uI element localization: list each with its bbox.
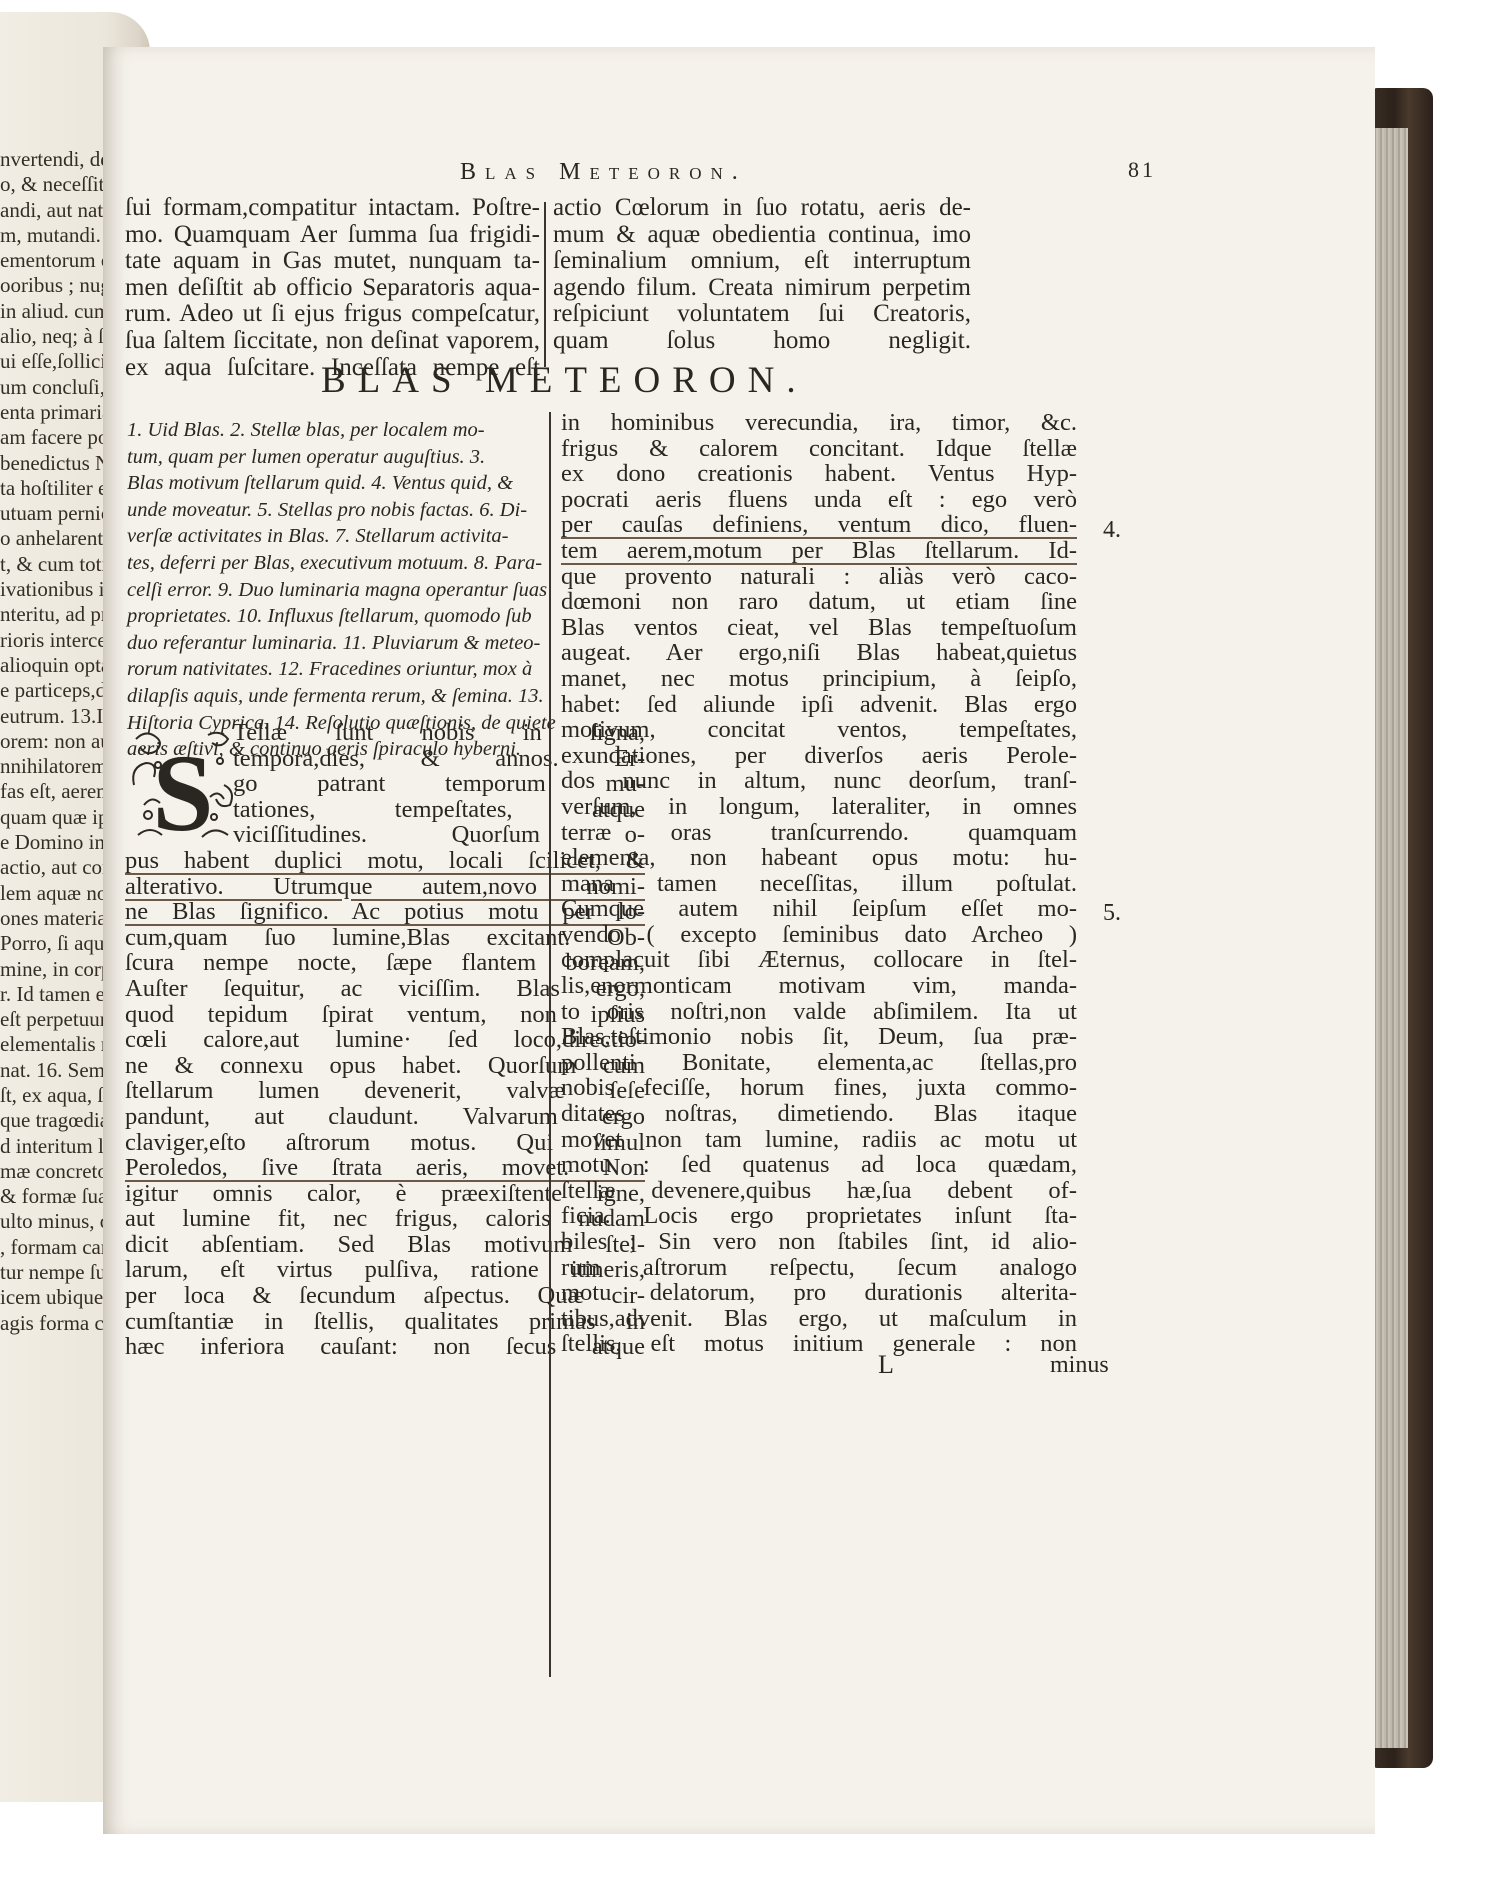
text-line: ex dono creationis habent. Ventus Hyp- <box>561 461 1077 487</box>
text-line: augeat. Aer ergo,niſi Blas habeat,quietu… <box>561 640 1077 666</box>
text-line: tem aerem,motum per Blas ſtellarum. Id- <box>561 538 1077 564</box>
text-line: tate aquam in Gas mutet, nunquam ta- <box>125 248 540 275</box>
text-line: motivum, concitat ventos, tempeſtates, <box>561 717 1077 743</box>
text-line: agendo filum. Creata nimirum perpetim <box>553 275 971 302</box>
text-line: movet non tam lumine, radiis ac motu ut <box>561 1127 1077 1153</box>
page-edges <box>1372 128 1408 1748</box>
text-line: ſeminalium omnium, eſt interruptum <box>553 248 971 275</box>
text-line: to oris noſtri,non valde abſimilem. Ita … <box>561 999 1077 1025</box>
text-line: terræ oras tranſcurrendo. quamquam <box>561 820 1077 846</box>
text-line: biles ; Sin vero non ſtabiles ſint, id a… <box>561 1229 1077 1255</box>
text-line: nobis feciſſe, horum fines, juxta commo- <box>561 1075 1077 1101</box>
text-line: habet: ſed aliunde ipſi advenit. Blas er… <box>561 692 1077 718</box>
text-line: complacuit ſibi Æternus, collocare in ſt… <box>561 947 1077 973</box>
text-line: lis,enormonticam motivam vim, manda- <box>561 973 1077 999</box>
text-line: ſua ſaltem ſiccitate, non deſinat vapore… <box>125 328 540 355</box>
text-line: men deſiſtit ab officio Separatoris aqua… <box>125 275 540 302</box>
text-line: ſui formam,compatitur intactam. Poſtre- <box>125 195 540 222</box>
text-line: manet, nec motus principium, à ſeipſo, <box>561 666 1077 692</box>
text-line: verſum, in longum, lateraliter, in omnes <box>561 794 1077 820</box>
text-line: in hominibus verecundia, ira, timor, &c. <box>561 410 1077 436</box>
text-line: motu delatorum, pro durationis alterita- <box>561 1280 1077 1306</box>
text-line: Cumque autem nihil ſeipſum eſſet mo- <box>561 896 1077 922</box>
text-line: quam ſolus homo negligit. <box>553 328 971 355</box>
catchword: minus <box>1050 1352 1109 1379</box>
text-line: exundationes, per diverſos aeris Perole- <box>561 743 1077 769</box>
column-rule-main <box>549 412 551 1677</box>
text-line: pocrati aeris fluens unda eſt : ego verò <box>561 487 1077 513</box>
running-head-title: Blas Meteoron. <box>460 159 747 186</box>
text-line: dos nunc in altum, nunc deorſum, tranſ- <box>561 768 1077 794</box>
text-line: ficia. Locis ergo proprietates inſunt ſt… <box>561 1203 1077 1229</box>
text-line: ditates noſtras, dimetiendo. Blas itaque <box>561 1101 1077 1127</box>
text-line: mana tamen neceſſitas, illum poſtulat. <box>561 871 1077 897</box>
top-right-column: actio Cœlorum in ſuo rotatu, aeris de-mu… <box>553 195 971 355</box>
text-line: Blas ventos cieat, vel Blas tempeſtuoſum <box>561 615 1077 641</box>
text-line: ſtellæ devenere,quibus hæ,ſua debent of- <box>561 1178 1077 1204</box>
text-line: reſpiciunt voluntatem ſui Creatoris, <box>553 301 971 328</box>
text-line: tibus,advenit. Blas ergo, ut maſculum in <box>561 1306 1077 1332</box>
text-line: mo. Quamquam Aer ſumma ſua frigidi- <box>125 222 540 249</box>
margin-note-4: 4. <box>1103 517 1121 544</box>
text-line: elementa, non habeant opus motu: hu- <box>561 845 1077 871</box>
text-line: Blas,teſtimonio nobis ſit, Deum, ſua præ… <box>561 1024 1077 1050</box>
text-line: dœmoni non raro datum, ut etiam ſine <box>561 589 1077 615</box>
text-line: frigus & calorem concitant. Idque ſtellæ <box>561 436 1077 462</box>
page-number: 81 <box>1128 157 1156 183</box>
text-line: pollenti Bonitate, elementa,ac ſtellas,p… <box>561 1050 1077 1076</box>
signature-mark: L <box>878 1350 894 1380</box>
text-line: mum & aquæ obedientia continua, imo <box>553 222 971 249</box>
text-line: que provento naturali : aliàs verò caco- <box>561 564 1077 590</box>
top-left-column: ſui formam,compatitur intactam. Poſtre-m… <box>125 195 540 381</box>
text-line: rum aſtrorum reſpectu, ſecum analogo <box>561 1255 1077 1281</box>
section-title: BLAS METEORON. <box>321 359 808 402</box>
body-right-column: in hominibus verecundia, ira, timor, &c.… <box>561 410 1077 1357</box>
text-line: ſtellis, eſt motus initium generale : no… <box>561 1331 1077 1357</box>
text-line: per cauſas definiens, ventum dico, fluen… <box>561 512 1077 538</box>
text-line: rum. Adeo ut ſi ejus frigus compeſcatur, <box>125 301 540 328</box>
margin-note-5: 5. <box>1103 900 1121 927</box>
text-line: vendo ( excepto ſeminibus dato Archeo ) <box>561 922 1077 948</box>
book-page: Blas Meteoron. 81 ſui formam,compatitur … <box>103 47 1375 1834</box>
column-rule-top <box>544 202 546 367</box>
text-line: actio Cœlorum in ſuo rotatu, aeris de- <box>553 195 971 222</box>
text-line: motu : ſed quatenus ad loca quædam, <box>561 1152 1077 1178</box>
